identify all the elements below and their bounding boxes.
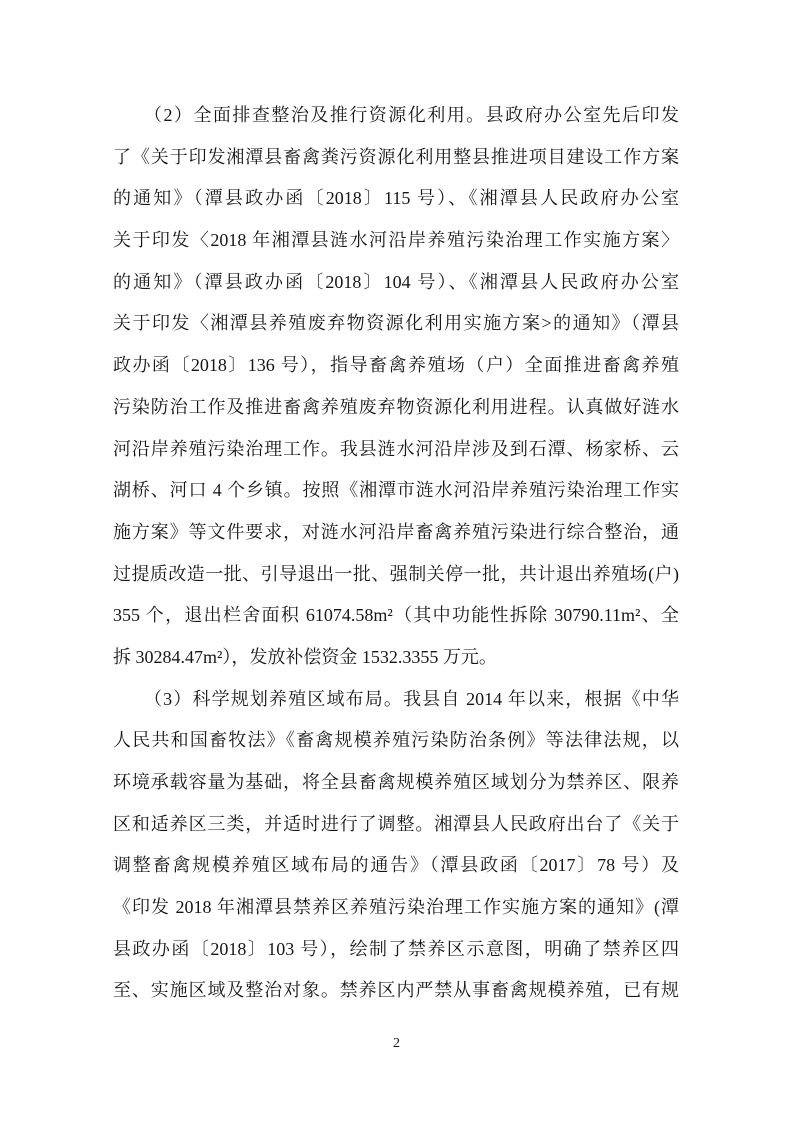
text-line: 政办函〔2018〕136 号），指导畜禽养殖场（户）全面推进畜禽养殖 (113, 345, 679, 387)
text-line: 《印发 2018 年湘潭县禁养区养殖污染治理工作实施方案的通知》(潭 (113, 887, 679, 929)
text-line: 污染防治工作及推进畜禽养殖废弃物资源化利用进程。认真做好涟水 (113, 387, 679, 429)
text-line: 355 个，退出栏舍面积 61074.58m²（其中功能性拆除 30790.11… (113, 595, 679, 637)
page-number: 2 (0, 1034, 793, 1054)
text-line: 区和适养区三类，并适时进行了调整。湘潭县人民政府出台了《关于 (113, 804, 679, 846)
text-line: 过提质改造一批、引导退出一批、强制关停一批，共计退出养殖场(户) (113, 554, 679, 596)
text-line: 调整畜禽规模养殖区域布局的通告》（潭县政函〔2017〕78 号）及 (113, 845, 679, 887)
text-line: （3）科学规划养殖区域布局。我县自 2014 年以来，根据《中华 (113, 679, 679, 721)
text-line: 人民共和国畜牧法》《畜禽规模养殖污染防治条例》等法律法规，以 (113, 720, 679, 762)
text-line: 了《关于印发湘潭县畜禽粪污资源化利用整县推进项目建设工作方案 (113, 137, 679, 179)
text-line: 河沿岸养殖污染治理工作。我县涟水河沿岸涉及到石潭、杨家桥、云 (113, 429, 679, 471)
text-line: 县政办函〔2018〕103 号），绘制了禁养区示意图，明确了禁养区四 (113, 929, 679, 971)
document-page: （2）全面排查整治及推行资源化利用。县政府办公室先后印发了《关于印发湘潭县畜禽粪… (0, 0, 793, 1122)
text-line: 关于印发〈2018 年湘潭县涟水河沿岸养殖污染治理工作实施方案〉 (113, 220, 679, 262)
text-line: 环境承载容量为基础，将全县畜禽规模养殖区域划分为禁养区、限养 (113, 762, 679, 804)
text-block: （2）全面排查整治及推行资源化利用。县政府办公室先后印发了《关于印发湘潭县畜禽粪… (113, 95, 679, 1012)
text-line: （2）全面排查整治及推行资源化利用。县政府办公室先后印发 (113, 95, 679, 137)
text-line: 的通知》（潭县政办函〔2018〕115 号）、《湘潭县人民政府办公室 (113, 178, 679, 220)
text-line: 至、实施区域及整治对象。禁养区内严禁从事畜禽规模养殖，已有规 (113, 970, 679, 1012)
text-line: 拆 30284.47m²），发放补偿资金 1532.3355 万元。 (113, 637, 679, 679)
text-line: 的通知》（潭县政办函〔2018〕104 号）、《湘潭县人民政府办公室 (113, 262, 679, 304)
text-line: 施方案》等文件要求，对涟水河沿岸畜禽养殖污染进行综合整治，通 (113, 512, 679, 554)
text-line: 关于印发〈湘潭县养殖废弃物资源化利用实施方案>的通知》（潭县 (113, 303, 679, 345)
text-line: 湖桥、河口 4 个乡镇。按照《湘潭市涟水河沿岸养殖污染治理工作实 (113, 470, 679, 512)
